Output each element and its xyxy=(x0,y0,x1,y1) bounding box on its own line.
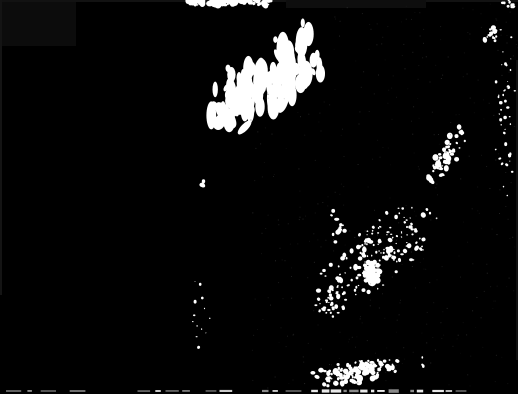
diagonal-band xyxy=(316,207,438,299)
bottom-right-dots xyxy=(421,356,425,368)
bottom-edge-dashed-line xyxy=(6,389,466,393)
right-upper-cluster xyxy=(482,25,502,43)
left-edge-shade xyxy=(0,0,2,295)
top-edge-band xyxy=(185,0,272,10)
top-center-shade xyxy=(286,0,426,8)
shade-patches xyxy=(0,0,518,360)
top-left-shade xyxy=(0,2,76,46)
isolated-blob xyxy=(199,179,205,187)
photo-viewer xyxy=(0,0,518,394)
star-blobs xyxy=(330,209,347,244)
speckle-photo-canvas xyxy=(0,0,518,394)
top-center-cluster xyxy=(206,18,325,136)
right-half-grain xyxy=(250,82,516,394)
upper-right-grain xyxy=(334,4,518,81)
dark-photo-figure xyxy=(0,0,518,394)
bottom-cluster xyxy=(310,358,400,387)
mid-right-streak xyxy=(425,124,466,185)
left-sparse-specks xyxy=(192,281,211,349)
